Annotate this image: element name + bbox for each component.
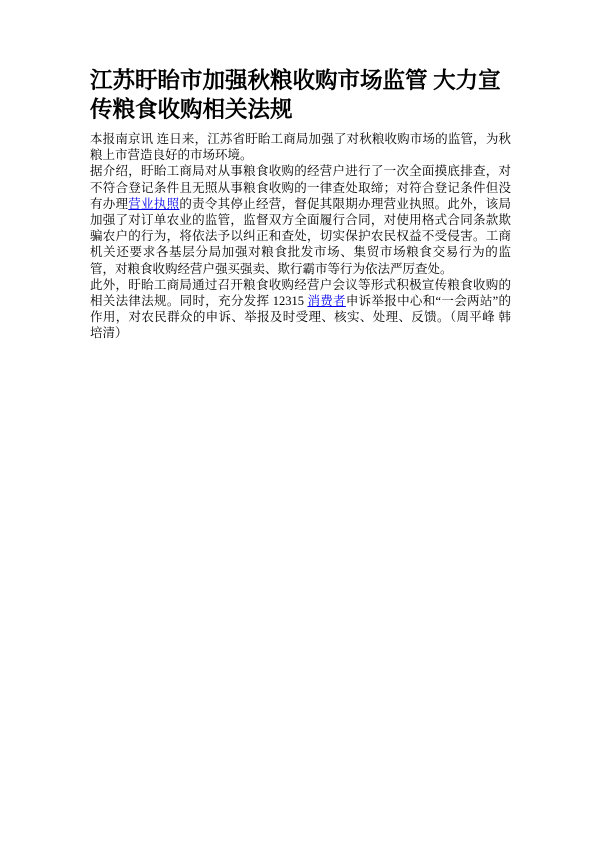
- document-page: 江苏盱眙市加强秋粮收购市场监管 大力宣传粮食收购相关法规 本报南京讯 连日来，江…: [0, 0, 595, 842]
- business-license-link[interactable]: 营业执照: [128, 197, 179, 211]
- news-article: 江苏盱眙市加强秋粮收购市场监管 大力宣传粮食收购相关法规 本报南京讯 连日来，江…: [90, 66, 511, 342]
- paragraph-text: 本报南京讯 连日来，江苏省盱眙工商局加强了对秋粮收购市场的监管，为秋粮上市营造良…: [90, 132, 511, 162]
- article-body: 本报南京讯 连日来，江苏省盱眙工商局加强了对秋粮收购市场的监管，为秋粮上市营造良…: [90, 131, 511, 342]
- consumer-link[interactable]: 消费者: [307, 294, 345, 308]
- paragraph-inspection: 据介绍，盱眙工商局对从事粮食收购的经营户进行了一次全面摸底排查，对不符合登记条件…: [90, 163, 511, 276]
- paragraph-lead: 本报南京讯 连日来，江苏省盱眙工商局加强了对秋粮收购市场的监管，为秋粮上市营造良…: [90, 131, 511, 163]
- paragraph-publicity: 此外，盱眙工商局通过召开粮食收购经营户会议等形式积极宣传粮食收购的相关法律法规。…: [90, 277, 511, 342]
- article-title: 江苏盱眙市加强秋粮收购市场监管 大力宣传粮食收购相关法规: [90, 66, 511, 124]
